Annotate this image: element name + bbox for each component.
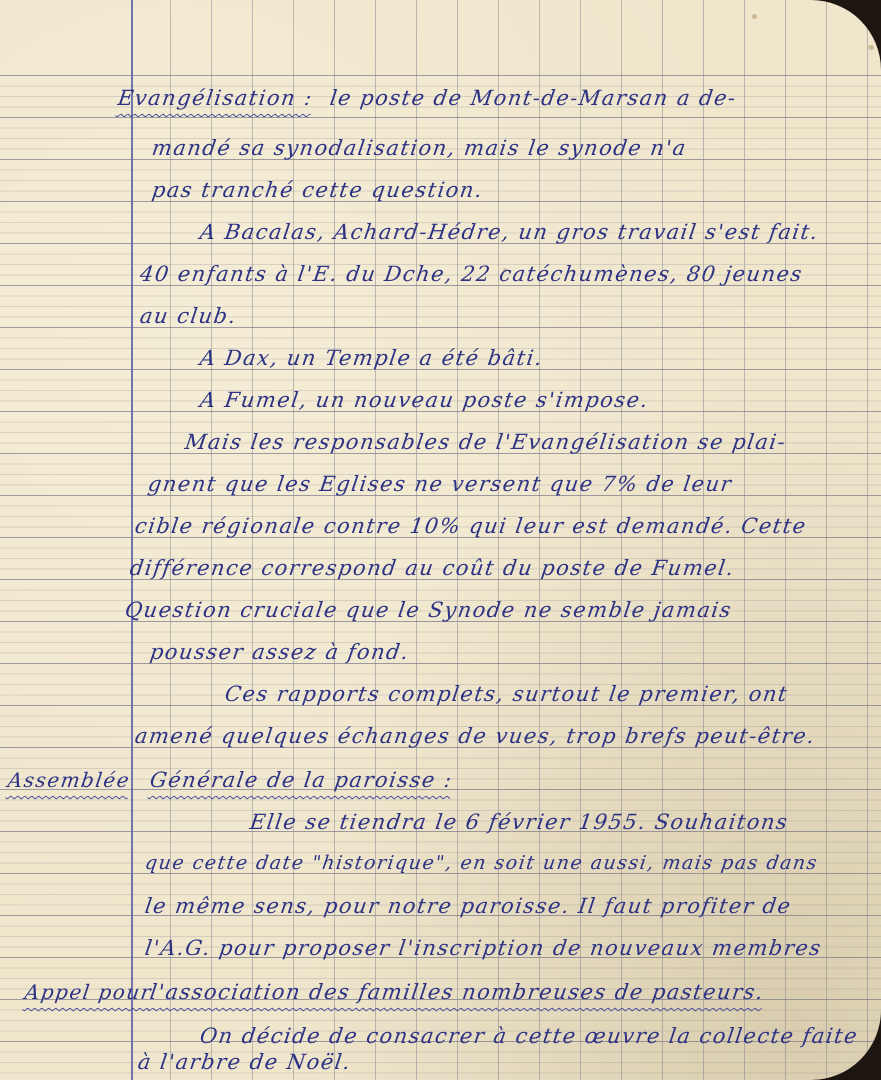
text-line: Ces rapports complets, surtout le premie…	[224, 684, 790, 705]
text-line: A Fumel, un nouveau poste s'impose.	[199, 390, 651, 411]
text-line: pousser assez à fond.	[149, 642, 411, 663]
paper-stain	[868, 45, 874, 50]
text-line: mandé sa synodalisation, mais le synode …	[151, 138, 689, 159]
notebook-page: Evangélisation : le poste de Mont-de-Mar…	[0, 0, 881, 1080]
line-1-rest: le poste de Mont-de-Marsan a de-	[328, 86, 738, 110]
margin-line	[131, 0, 133, 1080]
text-line: le poste de Mont-de-Marsan a de-	[329, 88, 739, 109]
heading-appel-association: l'association des familles nombreuses de…	[149, 982, 766, 1003]
margin-note-assemblee: Assemblée	[7, 770, 132, 790]
text-line: l'A.G. pour proposer l'inscription de no…	[144, 938, 824, 959]
text-line: Mais les responsables de l'Evangélisatio…	[184, 432, 788, 453]
heading-assemblee-generale: Générale de la paroisse :	[149, 770, 455, 791]
text-line: cible régionale contre 10% qui leur est …	[134, 516, 809, 537]
text-line: Question cruciale que le Synode ne sembl…	[124, 600, 734, 621]
text-line: que cette date "historique", en soit une…	[144, 854, 820, 873]
text-line: 40 enfants à l'E. du Dche, 22 catéchumèn…	[139, 264, 805, 285]
heading-evangelisation: Evangélisation :	[117, 88, 315, 109]
text-line: gnent que les Eglises ne versent que 7% …	[147, 474, 734, 495]
text-line: à l'arbre de Noël.	[137, 1052, 353, 1073]
margin-note-appel: Appel pour	[24, 982, 154, 1002]
text-line: On décide de consacrer à cette œuvre la …	[199, 1026, 860, 1047]
paper-stain	[752, 14, 757, 19]
text-line: A Bacalas, Achard-Hédre, un gros travail…	[199, 222, 821, 243]
text-line: amené quelques échanges de vues, trop br…	[134, 726, 817, 747]
text-line: le même sens, pour notre paroisse. Il fa…	[144, 896, 793, 917]
text-line: A Dax, un Temple a été bâti.	[199, 348, 545, 369]
vertical-grid	[170, 0, 881, 1080]
text-line: au club.	[139, 306, 239, 327]
text-line: pas tranché cette question.	[151, 180, 485, 201]
text-line: différence correspond au coût du poste d…	[129, 558, 737, 579]
text-line: Elle se tiendra le 6 février 1955. Souha…	[249, 812, 790, 833]
